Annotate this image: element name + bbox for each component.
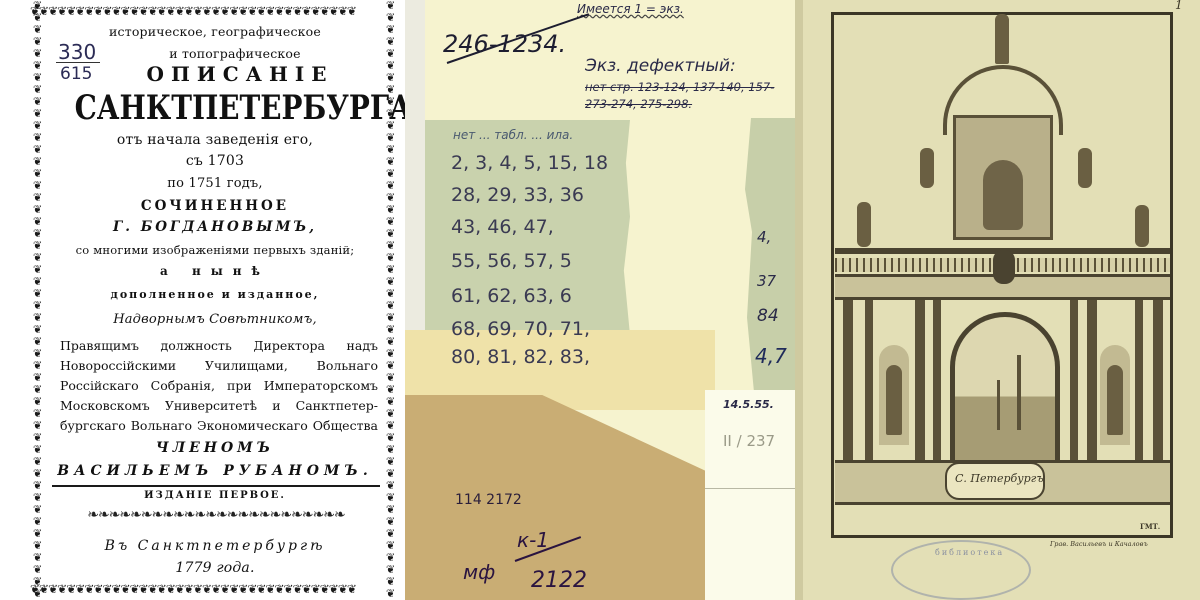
title-word-opisanie: ОПИСАНІЕ: [100, 62, 380, 86]
missing-plate-numbers-row-3: 43, 46, 47,: [451, 216, 554, 238]
niche-statue-right: [1107, 365, 1123, 435]
author-name-ruban: ВАСИЛЬЕМЪ РУБАНОМЪ.: [50, 463, 380, 479]
subtitle-line-2: и топографическое: [90, 46, 380, 61]
title-line-since-1703: съ 1703: [50, 153, 380, 169]
artist-caption: Грав. Васильевъ и Качаловъ: [1050, 540, 1148, 548]
library-annotations-panel: Имеется 1 = экз. 246-1234. Экз. дефектны…: [405, 0, 795, 600]
white-label-strip: [705, 390, 795, 600]
missing-pages-line-1: нет стр. 123-124, 137-140, 157-: [585, 80, 774, 94]
right-fragment-3: 84: [757, 306, 779, 326]
title-line-court-councillor: Надворнымъ Совѣтникомъ,: [50, 312, 380, 327]
bottom-ornamental-border: ❦❦❦❦❦❦❦❦❦❦❦❦❦❦❦❦❦❦❦❦❦❦❦❦❦❦❦❦❦❦❦❦❦❦❦❦: [30, 582, 391, 596]
statue-far-right: [1135, 205, 1149, 247]
engraving-panel: 1 С. Петербургъ ГМТ. Грав. Васильевъ и К…: [795, 0, 1200, 600]
imprint-year: 1779 года.: [50, 560, 380, 576]
title-line-composed: СОЧИНЕННОЕ: [50, 198, 380, 214]
statue-upper-right: [1078, 148, 1092, 188]
defective-copy-heading: Экз. дефектный:: [585, 56, 736, 76]
column-5: [1070, 300, 1078, 460]
cathedral-spire: [1017, 355, 1021, 430]
statue-far-left: [857, 202, 871, 247]
title-line-member: ЧЛЕНОМЪ: [50, 440, 380, 456]
title-line-supplemented: дополненное и изданное,: [50, 288, 380, 301]
body-line-4: Московскомъ Университетѣ и Санктпетер-: [60, 398, 378, 413]
subtitle-line-1: историческое, географическое: [50, 24, 380, 39]
body-line-2: Новороссійскими Училищами, Вольнаго: [60, 358, 378, 373]
stamp-date: 14.5.55.: [723, 398, 774, 411]
vine-ornament-row: ❧❧❧❧❧❧❧❧❧❧❧❧❧❧❧❧❧❧❧❧❧❧❧❧: [62, 507, 370, 523]
crowning-statue: [995, 14, 1009, 64]
statue-upper-left: [920, 148, 934, 188]
title-page-panel: ❦❦❦❦❦❦❦❦❦❦❦❦❦❦❦❦❦❦❦❦❦❦❦❦❦❦❦❦❦❦❦❦❦❦❦❦ ❦❦❦…: [0, 0, 405, 600]
body-line-1: Правящимъ должность Директора надъ: [60, 338, 378, 353]
library-stamp-text: библиотека: [935, 548, 1004, 557]
page-number: 1: [1175, 0, 1183, 12]
body-line-3: Россійскаго Собранія, при Императорскомъ: [60, 378, 378, 393]
secondary-spire: [997, 380, 1000, 430]
cartouche-text: С. Петербургъ: [955, 472, 1044, 485]
left-ornamental-border: ❦❦❦❦❦❦❦❦❦❦❦❦❦❦❦❦❦❦❦❦❦❦❦❦❦❦❦❦❦❦❦❦❦❦❦❦❦❦❦❦…: [33, 0, 45, 600]
title-line-and-now: а нынѣ: [50, 264, 380, 278]
column-1: [843, 300, 853, 460]
missing-plate-numbers-row-1: 2, 3, 4, 5, 15, 18: [451, 152, 608, 174]
column-3: [915, 300, 925, 460]
title-line-illustrations: со многими изображеніями первыхъ зданій;: [50, 243, 380, 257]
central-arch-city-view: [950, 312, 1060, 462]
missing-plate-numbers-row-6: 68, 69, 70, 71,: [451, 318, 590, 340]
shelf-mark-divider: [56, 62, 100, 63]
roman-shelf-mark: II / 237: [723, 432, 775, 450]
missing-plate-numbers-row-7: 80, 81, 82, 83,: [451, 346, 590, 368]
double-headed-eagle-crest: [993, 250, 1015, 284]
note-copies-available: Имеется 1 = экз.: [577, 2, 684, 16]
label-strip-divider: [705, 488, 795, 489]
column-2: [865, 300, 873, 460]
missing-plates-note: нет ... табл. ... ила.: [453, 128, 573, 142]
fraction-prefix: мф: [463, 560, 495, 584]
body-line-5: бургскаго Вольнаго Экономическаго Общест…: [60, 418, 378, 433]
column-6: [1087, 300, 1097, 460]
missing-pages-line-2: 273-274, 275-298.: [585, 97, 692, 111]
title-page-rule: [52, 485, 380, 487]
engraver-mark: ГМТ.: [1140, 522, 1160, 531]
page-edge: [795, 0, 803, 600]
edition-statement: ИЗДАНІЕ ПЕРВОЕ.: [50, 490, 380, 501]
right-fragment-1: 4,: [757, 228, 771, 246]
top-ornamental-border: ❦❦❦❦❦❦❦❦❦❦❦❦❦❦❦❦❦❦❦❦❦❦❦❦❦❦❦❦❦❦❦❦❦❦❦❦: [30, 4, 391, 18]
missing-plate-numbers-row-2: 28, 29, 33, 36: [451, 184, 584, 206]
title-line-from-founding: отъ начала заведенія его,: [50, 132, 380, 148]
title-word-sanktpeterburga: САНКТПЕТЕРБУРГА,: [75, 88, 354, 128]
missing-plate-numbers-row-4: 55, 56, 57, 5: [451, 250, 572, 272]
shelf-mark-bottom: 615: [60, 64, 92, 84]
niche-statue-left: [886, 365, 902, 435]
title-line-bogdanov: Г. БОГДАНОВЫМЪ,: [50, 219, 380, 235]
column-7: [1135, 300, 1143, 460]
bottom-accession-mark: 114 2172: [455, 492, 522, 508]
column-8: [1153, 300, 1163, 460]
column-4: [933, 300, 941, 460]
right-fragment-4: 4,7: [755, 344, 787, 368]
seated-figure: [983, 160, 1023, 230]
missing-plate-numbers-row-5: 61, 62, 63, 6: [451, 285, 572, 307]
imprint-place: Въ Санктпетербургѣ: [50, 538, 380, 554]
right-fragment-2: 37: [757, 272, 776, 290]
title-line-to-1751: по 1751 годъ,: [50, 176, 380, 191]
fraction-denominator: 2122: [531, 568, 587, 593]
